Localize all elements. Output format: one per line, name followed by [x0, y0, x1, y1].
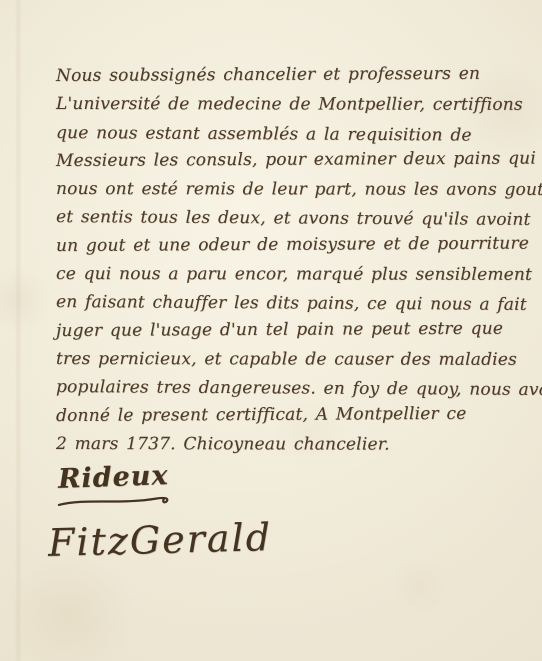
manuscript-page: Nous soubssignés chancelier et professeu… [0, 0, 542, 661]
manuscript-text-block: Nous soubssignés chancelier et professeu… [56, 62, 526, 458]
manuscript-line-14: 2 mars 1737. Chicoyneau chancelier. [56, 430, 526, 459]
manuscript-line-10: juger que l'usage d'un tel pain ne peut … [56, 314, 526, 345]
signature-rideux-name: Rideux [57, 460, 168, 495]
manuscript-line-1: Nous soubssignés chancelier et professeu… [56, 60, 526, 91]
manuscript-line-11: tres pernicieux, et capable de causer de… [56, 345, 526, 374]
manuscript-line-4: Messieurs les consuls, pour examiner deu… [56, 144, 526, 175]
signature-fitzgerald-name: FitzGerald [47, 515, 272, 565]
manuscript-line-7: un gout et une odeur de moisysure et de … [56, 229, 526, 260]
manuscript-line-13: donné le present certifficat, A Montpell… [56, 399, 526, 430]
signature-underline-flourish [57, 492, 175, 510]
manuscript-line-2: L'université de medecine de Montpellier,… [56, 90, 526, 119]
signature-fitzgerald: FitzGerald [47, 515, 272, 565]
manuscript-line-5: nous ont esté remis de leur part, nous l… [56, 175, 526, 204]
signature-rideux: Rideux [57, 460, 168, 495]
manuscript-line-8: ce qui nous a paru encor, marqué plus se… [56, 260, 526, 289]
